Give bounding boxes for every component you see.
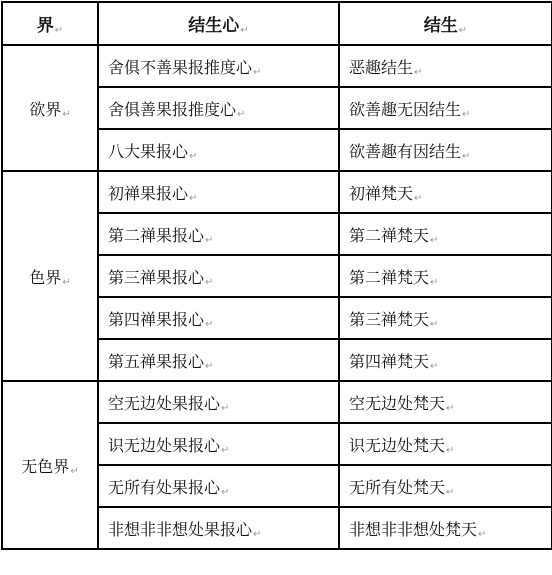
rebirth-cell: 无所有处梵天↵	[339, 465, 552, 507]
return-mark-icon: ↵	[430, 277, 438, 288]
return-mark-icon: ↵	[430, 319, 438, 330]
header-realm: 界↵	[2, 2, 98, 45]
mind-cell: 第二禅果报心↵	[98, 213, 339, 255]
return-mark-icon: ↵	[205, 361, 213, 372]
rebirth-cell: 非想非非想处梵天↵	[339, 507, 552, 549]
realm-cell: 色界↵	[2, 171, 98, 381]
return-mark-icon: ↵	[237, 109, 245, 120]
rebirth-cell: 欲善趣无因结生↵	[339, 87, 552, 129]
return-mark-icon: ↵	[414, 193, 422, 204]
header-row: 界↵ 结生心↵ 结生↵	[2, 2, 552, 45]
rebirth-cell: 欲善趣有因结生↵	[339, 129, 552, 171]
rebirth-cell: 第三禅梵天↵	[339, 297, 552, 339]
rebirth-cell: 恶趣结生↵	[339, 45, 552, 87]
return-mark-icon: ↵	[205, 319, 213, 330]
mind-cell: 舍俱不善果报推度心↵	[98, 45, 339, 87]
rebirth-cell: 空无边处梵天↵	[339, 381, 552, 423]
mind-cell: 第四禅果报心↵	[98, 297, 339, 339]
rebirth-cell: 第二禅梵天↵	[339, 213, 552, 255]
mind-cell: 第五禅果报心↵	[98, 339, 339, 381]
rebirth-cell: 第四禅梵天↵	[339, 339, 552, 381]
return-mark-icon: ↵	[446, 445, 454, 456]
realm-cell: 无色界↵	[2, 381, 98, 549]
mind-cell: 识无边处果报心↵	[98, 423, 339, 465]
return-mark-icon: ↵	[462, 151, 470, 162]
mind-cell: 初禅果报心↵	[98, 171, 339, 213]
return-mark-icon: ↵	[62, 109, 70, 120]
mind-cell: 八大果报心↵	[98, 129, 339, 171]
return-mark-icon: ↵	[462, 109, 470, 120]
table-row: 色界↵ 初禅果报心↵ 初禅梵天↵	[2, 171, 552, 213]
return-mark-icon: ↵	[62, 277, 70, 288]
realm-cell: 欲界↵	[2, 45, 98, 171]
return-mark-icon: ↵	[430, 361, 438, 372]
header-rebirth-mind: 结生心↵	[98, 2, 339, 45]
rebirth-table: 界↵ 结生心↵ 结生↵ 欲界↵ 舍俱不善果报推度心↵ 恶趣结生↵ 舍俱善果报推度…	[1, 1, 552, 550]
mind-cell: 空无边处果报心↵	[98, 381, 339, 423]
rebirth-cell: 识无边处梵天↵	[339, 423, 552, 465]
return-mark-icon: ↵	[205, 235, 213, 246]
return-mark-icon: ↵	[221, 403, 229, 414]
rebirth-cell: 初禅梵天↵	[339, 171, 552, 213]
return-mark-icon: ↵	[221, 445, 229, 456]
table-row: 欲界↵ 舍俱不善果报推度心↵ 恶趣结生↵	[2, 45, 552, 87]
table-row: 无色界↵ 空无边处果报心↵ 空无边处梵天↵	[2, 381, 552, 423]
return-mark-icon: ↵	[253, 67, 261, 78]
return-mark-icon: ↵	[240, 25, 248, 36]
return-mark-icon: ↵	[446, 403, 454, 414]
return-mark-icon: ↵	[430, 235, 438, 246]
return-mark-icon: ↵	[478, 529, 486, 540]
return-mark-icon: ↵	[205, 277, 213, 288]
return-mark-icon: ↵	[70, 466, 78, 477]
header-rebirth: 结生↵	[339, 2, 552, 45]
return-mark-icon: ↵	[446, 487, 454, 498]
return-mark-icon: ↵	[55, 25, 63, 36]
rebirth-cell: 第二禅梵天↵	[339, 255, 552, 297]
return-mark-icon: ↵	[414, 67, 422, 78]
return-mark-icon: ↵	[253, 529, 261, 540]
return-mark-icon: ↵	[189, 193, 197, 204]
mind-cell: 第三禅果报心↵	[98, 255, 339, 297]
return-mark-icon: ↵	[459, 25, 467, 36]
return-mark-icon: ↵	[221, 487, 229, 498]
mind-cell: 非想非非想处果报心↵	[98, 507, 339, 549]
mind-cell: 无所有处果报心↵	[98, 465, 339, 507]
return-mark-icon: ↵	[189, 151, 197, 162]
mind-cell: 舍俱善果报推度心↵	[98, 87, 339, 129]
document-page: 界↵ 结生心↵ 结生↵ 欲界↵ 舍俱不善果报推度心↵ 恶趣结生↵ 舍俱善果报推度…	[0, 0, 552, 575]
